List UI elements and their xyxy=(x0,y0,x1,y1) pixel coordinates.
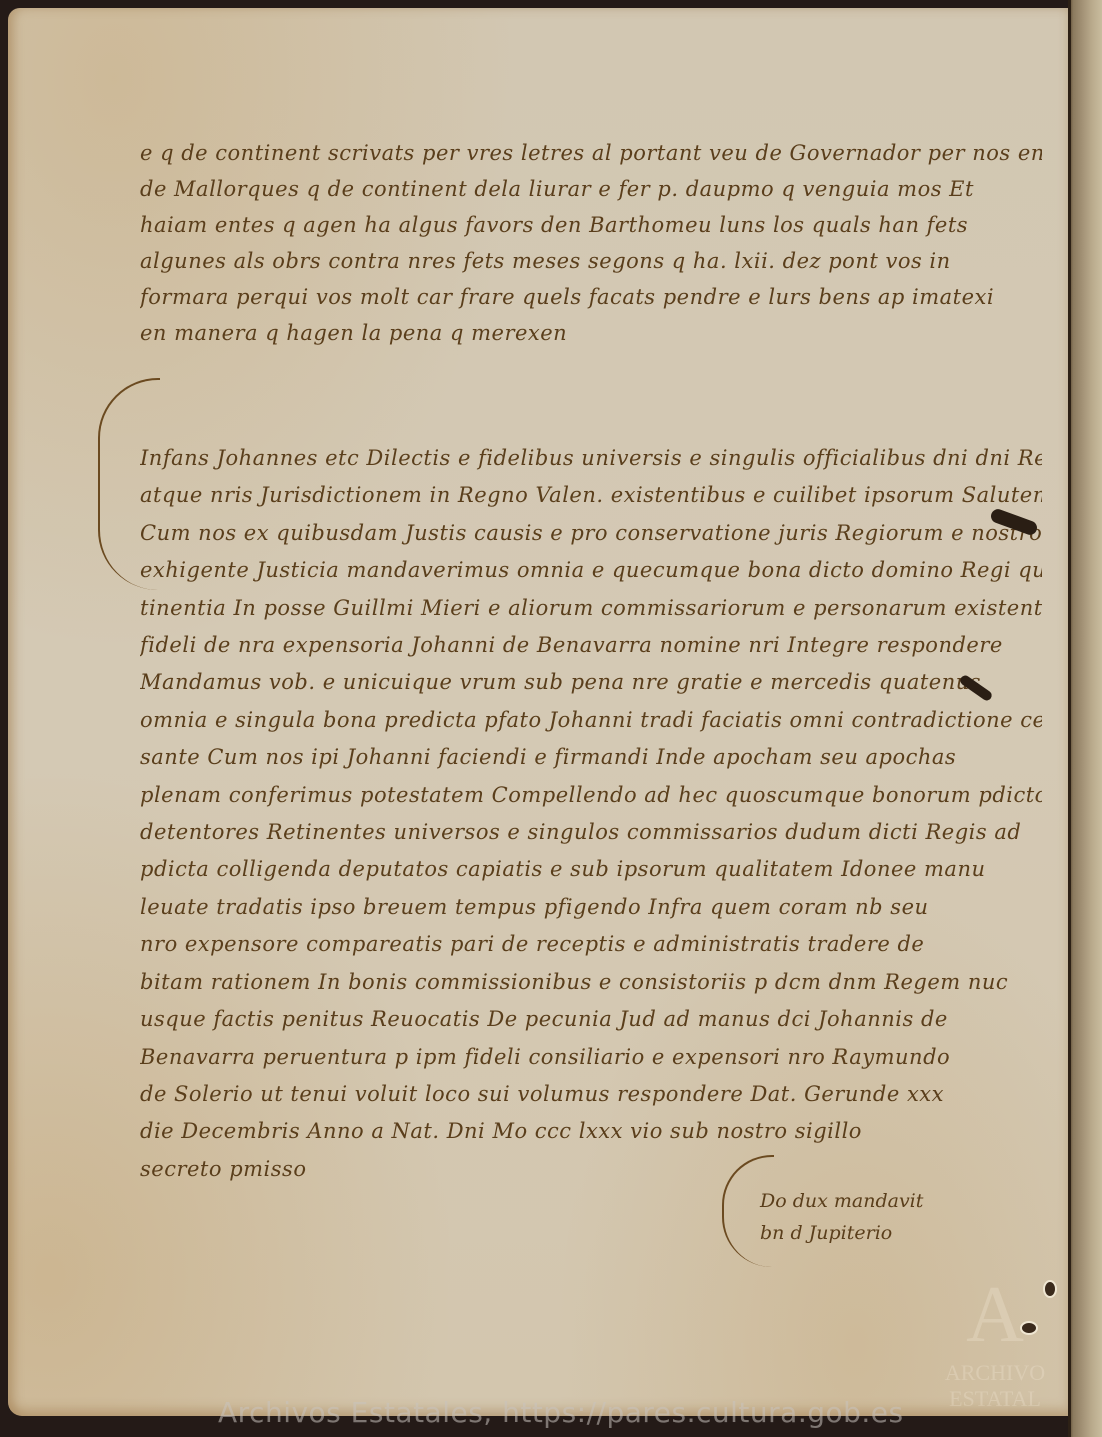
text-line: sante Cum nos ipi Johanni faciendi e fir… xyxy=(140,739,1042,776)
main-paragraph: Infans Johannes etc Dilectis e fidelibus… xyxy=(140,440,1042,1188)
text-line: e q de continent scrivats per vres letre… xyxy=(140,135,1042,171)
text-line: detentores Retinentes universos e singul… xyxy=(140,814,1042,851)
text-line: formara perqui vos molt car frare quels … xyxy=(140,279,1042,315)
text-line: en manera q hagen la pena q merexen xyxy=(140,315,1042,351)
text-line: atque nris Jurisdictionem in Regno Valen… xyxy=(140,477,1042,514)
text-line: haiam entes q agen ha algus favors den B… xyxy=(140,207,1042,243)
text-line: secreto pmisso xyxy=(140,1151,1042,1188)
archive-watermark-text: Archivos Estatales, https://pares.cultur… xyxy=(218,1396,904,1429)
text-line: fideli de nra expensoria Johanni de Bena… xyxy=(140,627,1042,664)
subscription-line: Do dux mandavit xyxy=(760,1185,923,1217)
binding-gutter xyxy=(1068,0,1102,1437)
text-line: plenam conferimus potestatem Compellendo… xyxy=(140,777,1042,814)
text-line: exhigente Justicia mandaverimus omnia e … xyxy=(140,552,1042,589)
text-line: Benavarra peruentura p ipm fideli consil… xyxy=(140,1039,1042,1076)
text-line: Mandamus vob. e unicuique vrum sub pena … xyxy=(140,664,1042,701)
subscription-note: Do dux mandavit bn d Jupiterio xyxy=(760,1185,923,1249)
text-line: de Mallorques q de continent dela liurar… xyxy=(140,171,1042,207)
binding-hole-icon xyxy=(1020,1321,1038,1335)
text-line: pdicta colligenda deputatos capiatis e s… xyxy=(140,851,1042,888)
text-line: bitam rationem In bonis commissionibus e… xyxy=(140,964,1042,1001)
text-line: Infans Johannes etc Dilectis e fidelibus… xyxy=(140,440,1042,477)
text-line: die Decembris Anno a Nat. Dni Mo ccc lxx… xyxy=(140,1113,1042,1150)
top-paragraph: e q de continent scrivats per vres letre… xyxy=(140,135,1042,351)
text-line: de Solerio ut tenui voluit loco sui volu… xyxy=(140,1076,1042,1113)
text-line: usque factis penitus Reuocatis De pecuni… xyxy=(140,1001,1042,1038)
subscription-line: bn d Jupiterio xyxy=(760,1217,923,1249)
text-line: leuate tradatis ipso breuem tempus pfige… xyxy=(140,889,1042,926)
text-line: nro expensore compareatis pari de recept… xyxy=(140,926,1042,963)
text-line: Cum nos ex quibusdam Justis causis e pro… xyxy=(140,515,1042,552)
binding-hole-icon xyxy=(1043,1280,1057,1298)
text-line: tinentia In posse Guillmi Mieri e alioru… xyxy=(140,590,1042,627)
text-line: algunes als obrs contra nres fets meses … xyxy=(140,243,1042,279)
text-line: omnia e singula bona predicta pfato Joha… xyxy=(140,702,1042,739)
